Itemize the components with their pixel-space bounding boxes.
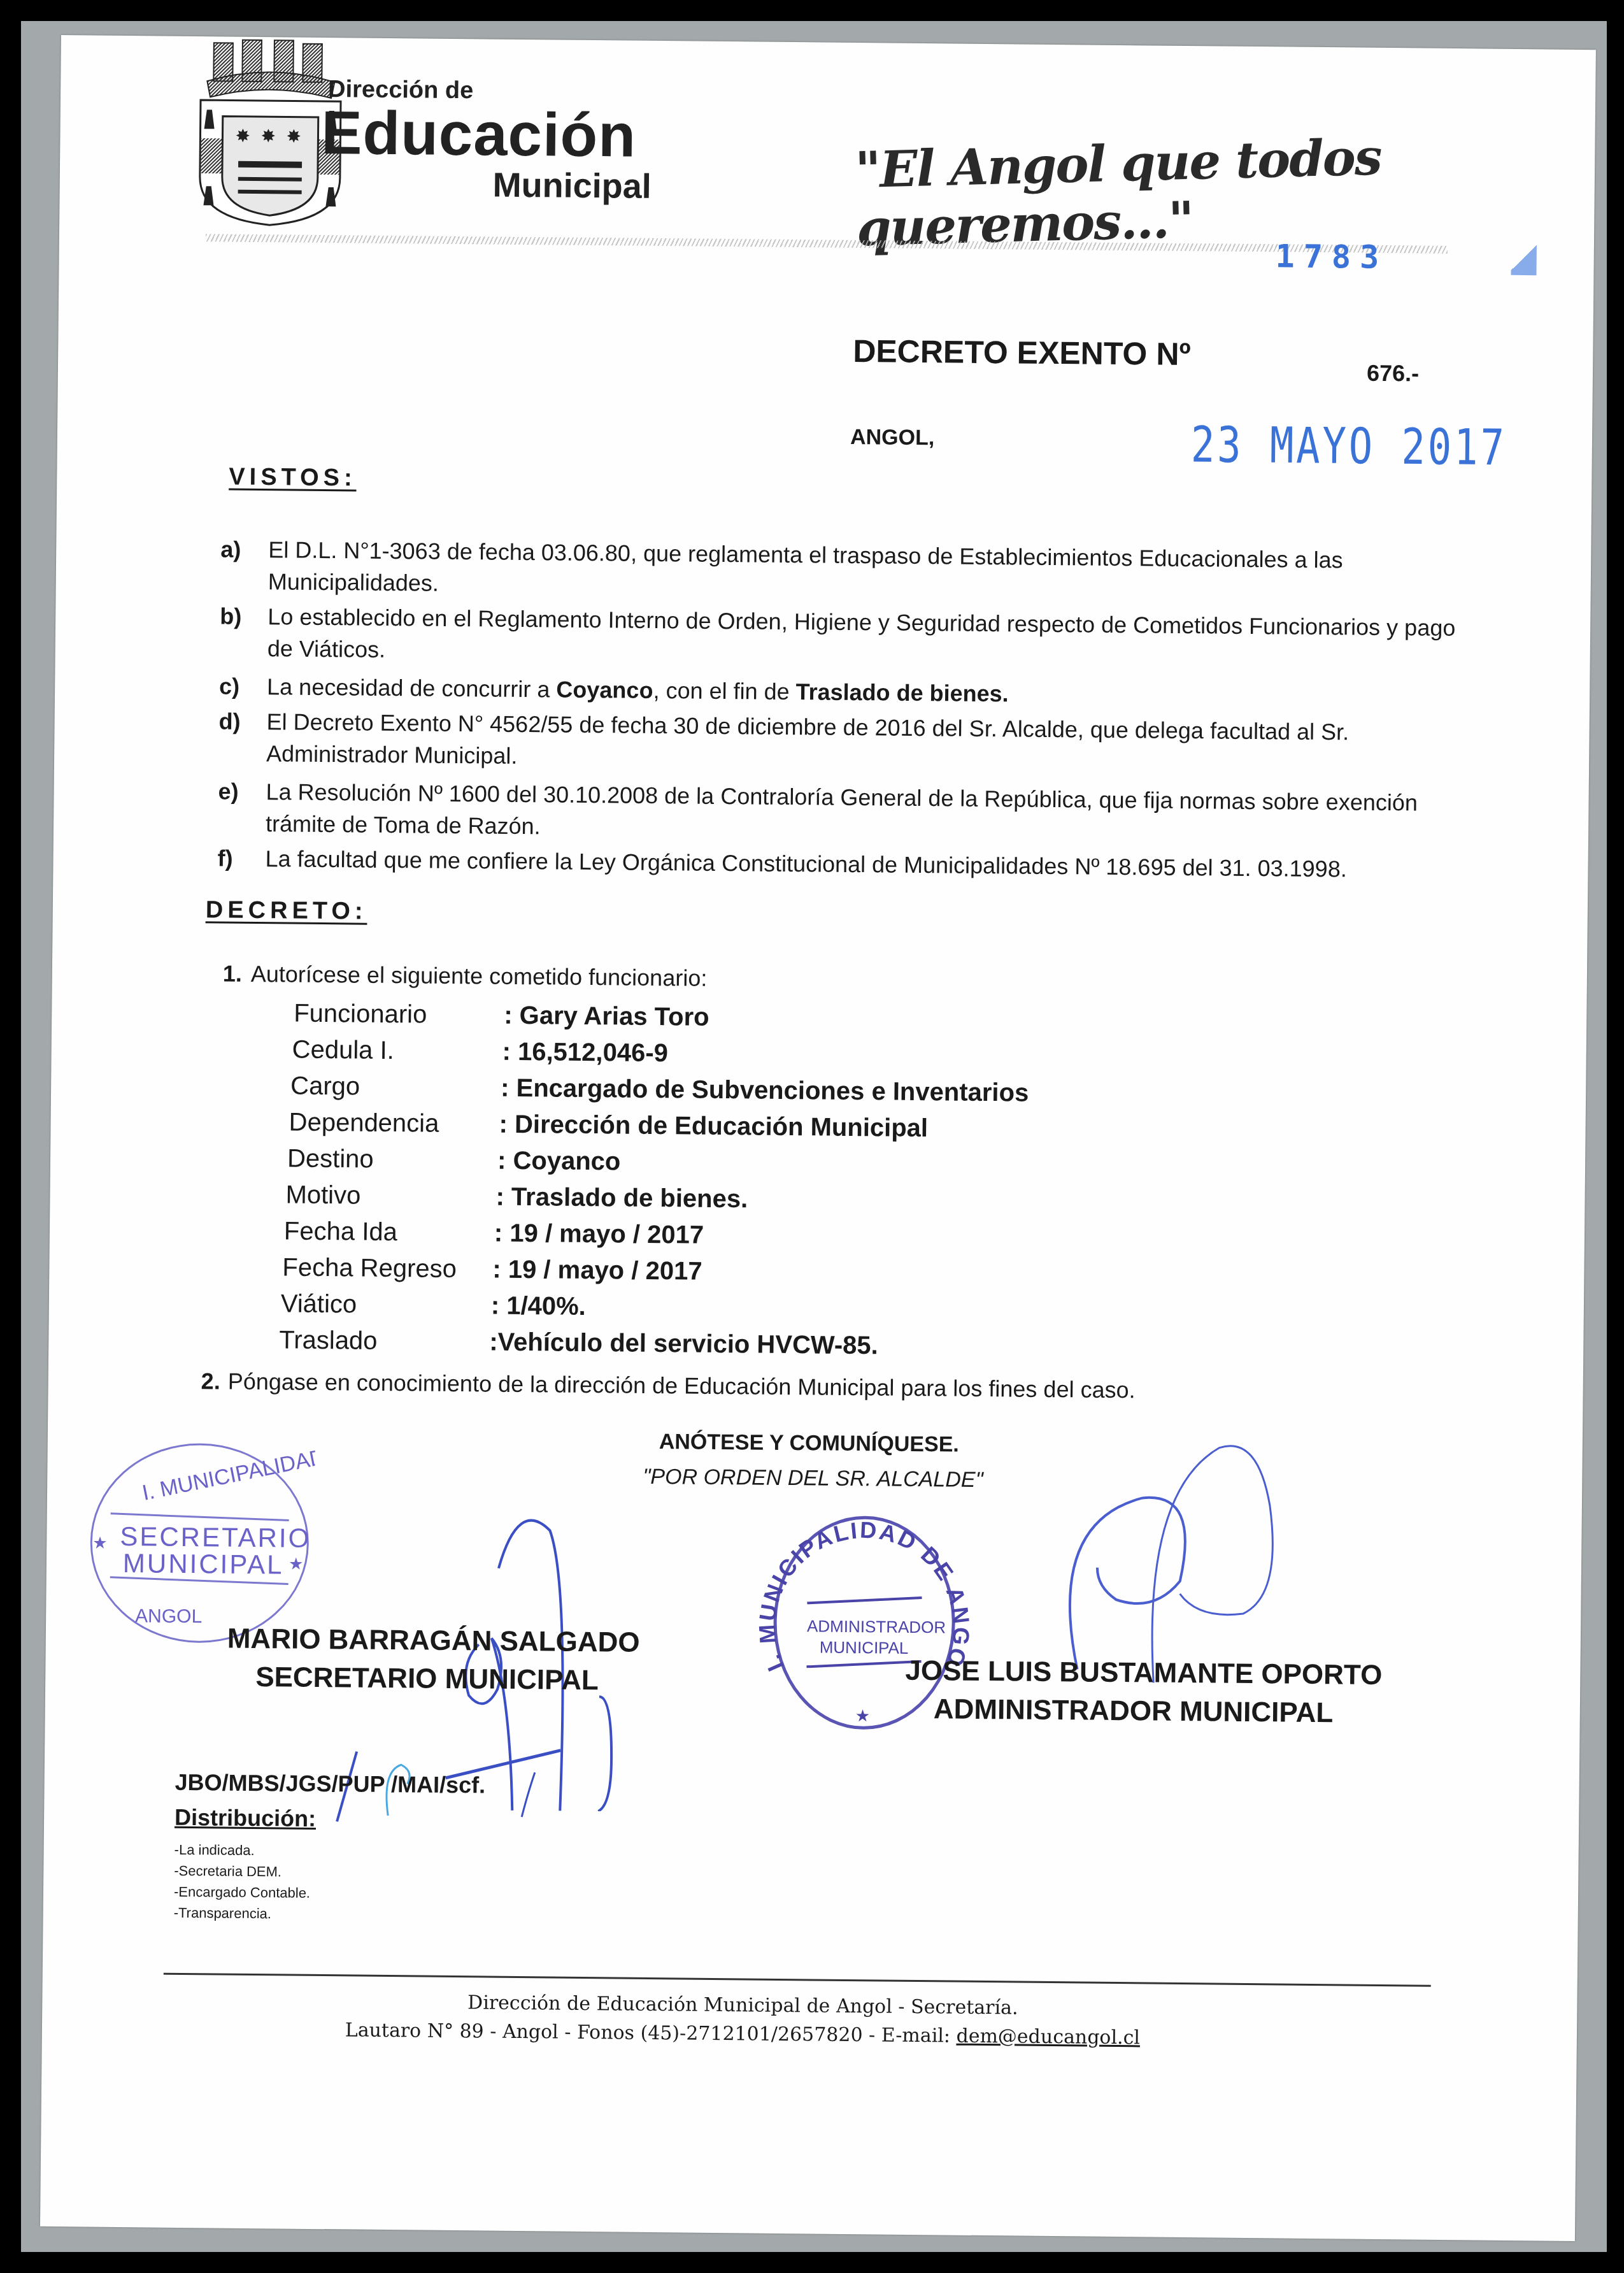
decreto-point-2: 2.Póngase en conocimiento de la direcció… xyxy=(201,1368,1136,1403)
stamp-mark-icon xyxy=(1511,240,1537,275)
decreto-heading: DECRETO: xyxy=(206,896,367,925)
field-value: : 16,512,046-9 xyxy=(502,1038,668,1068)
field-label: Destino xyxy=(287,1144,491,1175)
svg-text:I. MUNICIPALIDAD: I. MUNICIPALIDAD xyxy=(140,1445,315,1505)
brand-line-3: Municipal xyxy=(492,166,652,206)
distribution-list: -La indicada. -Secretaria DEM. -Encargad… xyxy=(174,1839,311,1925)
secretario-seal-icon: I. MUNICIPALIDAD SECRETARIO MUNICIPAL ★ … xyxy=(84,1437,315,1649)
visto-item: a) El D.L. N°1-3063 de fecha 03.06.80, q… xyxy=(221,533,1488,545)
visto-text: La Resolución Nº 1600 del 30.10.2008 de … xyxy=(266,776,1483,851)
distribution-item: -Secretaria DEM. xyxy=(174,1860,310,1882)
document-page: ✸ ✸ ✸ Dirección de Educación Municipal "… xyxy=(40,35,1596,2241)
distribution-item: -La indicada. xyxy=(175,1839,311,1861)
footer-address: Lautaro N° 89 - Angol - Fonos (45)-27121… xyxy=(345,2019,957,2047)
visto-marker: b) xyxy=(220,600,241,632)
purpose-highlight: Traslado de bienes. xyxy=(795,678,1009,706)
decree-place: ANGOL, xyxy=(850,425,935,450)
distribution-heading: Distribución: xyxy=(175,1804,316,1832)
field-value: : 1/40%. xyxy=(491,1292,586,1321)
visto-text: El D.L. N°1-3063 de fecha 03.06.80, que … xyxy=(268,534,1485,609)
field-value: :Vehículo del servicio HVCW-85. xyxy=(489,1328,878,1361)
registry-stamp: 1783 xyxy=(1275,238,1388,276)
field-value: : Encargado de Subvenciones e Inventario… xyxy=(501,1074,1029,1108)
footer-contact: Lautaro N° 89 - Angol - Fonos (45)-27121… xyxy=(42,2016,1443,2052)
distribution-item: -Transparencia. xyxy=(174,1902,310,1925)
por-orden-line: "POR ORDEN DEL SR. ALCALDE" xyxy=(643,1465,983,1493)
svg-text:MUNICIPAL: MUNICIPAL xyxy=(123,1548,284,1579)
field-label: Viático xyxy=(281,1289,485,1320)
visto-marker: d) xyxy=(218,705,240,737)
anotese-line: ANÓTESE Y COMUNÍQUESE. xyxy=(659,1430,959,1458)
visto-marker: a) xyxy=(220,533,241,565)
footer-divider xyxy=(164,1973,1431,1987)
svg-text:★: ★ xyxy=(288,1554,304,1574)
field-label: Fecha Ida xyxy=(284,1217,488,1247)
visto-text: Lo establecido en el Reglamento Interno … xyxy=(267,601,1485,676)
footer-email-link[interactable]: dem@educangol.cl xyxy=(956,2025,1140,2049)
point-number: 1. xyxy=(223,961,242,987)
date-stamp: 23 MAYO 2017 xyxy=(1190,415,1507,477)
field-label: Cedula I. xyxy=(292,1036,496,1066)
decree-title: DECRETO EXENTO Nº xyxy=(853,333,1191,373)
field-label: Cargo xyxy=(290,1072,494,1103)
point-text: Autorícese el siguiente cometido funcion… xyxy=(251,961,708,991)
decree-number: 676.- xyxy=(1367,360,1419,387)
administrador-name: JOSE LUIS BUSTAMANTE OPORTO xyxy=(905,1655,1382,1691)
field-label: Traslado xyxy=(279,1326,483,1356)
svg-text:✸: ✸ xyxy=(260,126,276,146)
field-label: Funcionario xyxy=(294,1000,497,1030)
decreto-point-1: 1.Autorícese el siguiente cometido funci… xyxy=(223,961,708,992)
svg-text:★: ★ xyxy=(855,1706,871,1725)
destination-highlight: Coyanco xyxy=(556,677,653,703)
svg-text:ADMINISTRADOR: ADMINISTRADOR xyxy=(807,1616,946,1637)
visto-text: El Decreto Exento N° 4562/55 de fecha 30… xyxy=(266,706,1483,781)
point-text: Póngase en conocimiento de la dirección … xyxy=(228,1368,1136,1403)
secretario-role: SECRETARIO MUNICIPAL xyxy=(255,1661,599,1696)
field-value: : Dirección de Educación Municipal xyxy=(499,1110,928,1143)
motto: "El Angol que todos queremos..." xyxy=(855,123,1596,257)
field-label: Dependencia xyxy=(288,1108,492,1139)
field-label: Fecha Regreso xyxy=(282,1253,486,1284)
brand-line-2: Educación xyxy=(321,98,636,171)
distribution-item: -Encargado Contable. xyxy=(174,1881,310,1904)
responsibility-initials: JBO/MBS/JGS/PUP /MAI/scf. xyxy=(175,1769,485,1799)
field-value: : Gary Arias Toro xyxy=(504,1001,709,1032)
administrador-role: ADMINISTRADOR MUNICIPAL xyxy=(934,1693,1334,1729)
secretario-name: MARIO BARRAGÁN SALGADO xyxy=(227,1623,640,1659)
svg-text:✸: ✸ xyxy=(286,126,301,146)
field-value: : Traslado de bienes. xyxy=(495,1183,748,1214)
field-value: : 19 / mayo / 2017 xyxy=(492,1256,702,1286)
signature-administrador xyxy=(1051,1427,1347,1684)
point-number: 2. xyxy=(201,1368,220,1394)
field-label: Motivo xyxy=(285,1180,489,1211)
svg-text:ANGOL: ANGOL xyxy=(135,1605,202,1627)
vistos-heading: VISTOS: xyxy=(229,464,357,492)
field-value: : 19 / mayo / 2017 xyxy=(494,1219,704,1250)
visto-marker: f) xyxy=(217,842,232,874)
visto-marker: e) xyxy=(218,775,238,807)
field-value: : Coyanco xyxy=(497,1147,621,1177)
visto-marker: c) xyxy=(219,670,239,702)
svg-text:★: ★ xyxy=(92,1533,108,1552)
svg-text:✸: ✸ xyxy=(235,126,250,146)
svg-text:MUNICIPAL: MUNICIPAL xyxy=(820,1638,909,1658)
